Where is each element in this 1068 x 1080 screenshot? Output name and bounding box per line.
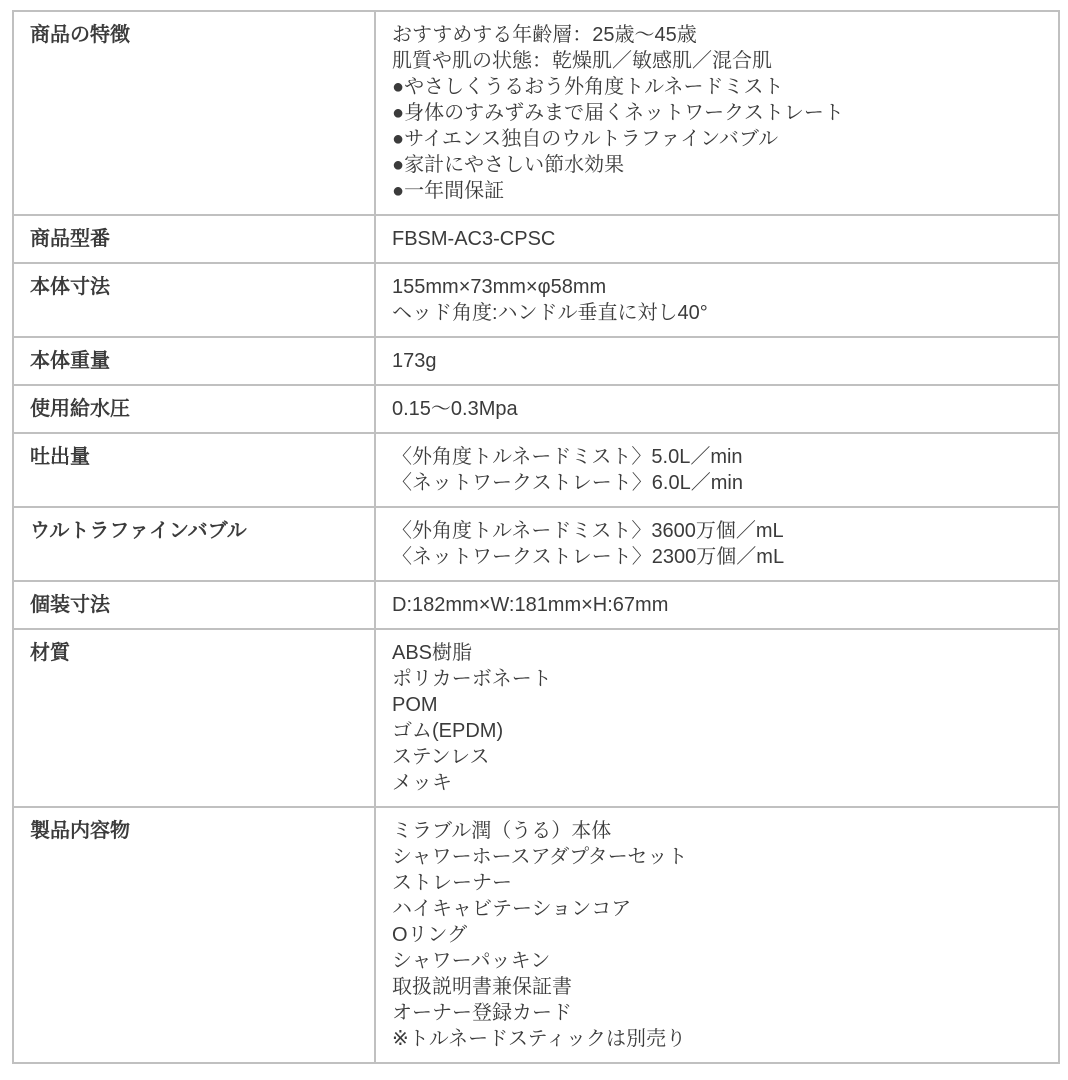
spec-value-line: シャワーホースアダプターセット [392,844,1044,870]
spec-value-line: シャワーパッキン [392,948,1044,974]
spec-value-line: ※トルネードスティックは別売り [392,1026,1044,1052]
table-row: 使用給水圧 0.15～0.3Mpa [13,385,1059,433]
table-row: 個装寸法 D:182mm×W:181mm×H:67mm [13,581,1059,629]
spec-value-line: 肌質や肌の状態：乾燥肌／敏感肌／混合肌 [392,48,1044,74]
spec-value-product-features: おすすめする年齢層：25歳～45歳肌質や肌の状態：乾燥肌／敏感肌／混合肌●やさし… [375,11,1059,215]
spec-label-package-contents: 製品内容物 [13,807,375,1063]
product-spec-section: 商品の特徴 おすすめする年齢層：25歳～45歳肌質や肌の状態：乾燥肌／敏感肌／混… [12,10,1060,1064]
spec-value-line: ステンレス [392,744,1044,770]
spec-label-ultrafine-bubble: ウルトラファインバブル [13,507,375,581]
spec-value-line: FBSM-AC3-CPSC [392,226,1044,252]
spec-value-line: ストレーナー [392,870,1044,896]
product-spec-table: 商品の特徴 おすすめする年齢層：25歳～45歳肌質や肌の状態：乾燥肌／敏感肌／混… [12,10,1060,1064]
spec-label-package-dimensions: 個装寸法 [13,581,375,629]
spec-value-line: 取扱説明書兼保証書 [392,974,1044,1000]
spec-value-line: ハイキャビテーションコア [392,896,1044,922]
spec-label-body-weight: 本体重量 [13,337,375,385]
spec-label-model-number: 商品型番 [13,215,375,263]
spec-value-package-contents: ミラブル潤（うる）本体シャワーホースアダプターセットストレーナーハイキャビテーシ… [375,807,1059,1063]
spec-value-line: オーナー登録カード [392,1000,1044,1026]
spec-label-discharge-volume: 吐出量 [13,433,375,507]
spec-value-materials: ABS樹脂ポリカーボネートPOMゴム(EPDM)ステンレスメッキ [375,629,1059,807]
spec-value-discharge-volume: 〈外角度トルネードミスト〉5.0L／min〈ネットワークストレート〉6.0L／m… [375,433,1059,507]
spec-value-line: D:182mm×W:181mm×H:67mm [392,592,1044,618]
spec-value-body-dimensions: 155mm×73mm×φ58mmヘッド角度:ハンドル垂直に対し40° [375,263,1059,337]
spec-value-line: ミラブル潤（うる）本体 [392,818,1044,844]
spec-value-line: 〈外角度トルネードミスト〉5.0L／min [392,444,1044,470]
spec-value-line: 155mm×73mm×φ58mm [392,274,1044,300]
spec-value-line: ポリカーボネート [392,666,1044,692]
spec-value-ultrafine-bubble: 〈外角度トルネードミスト〉3600万個／mL〈ネットワークストレート〉2300万… [375,507,1059,581]
table-row: ウルトラファインバブル 〈外角度トルネードミスト〉3600万個／mL〈ネットワー… [13,507,1059,581]
spec-value-line: 173g [392,348,1044,374]
table-row: 製品内容物 ミラブル潤（うる）本体シャワーホースアダプターセットストレーナーハイ… [13,807,1059,1063]
spec-value-line: ●家計にやさしい節水効果 [392,152,1044,178]
spec-value-line: ●サイエンス独自のウルトラファインバブル [392,126,1044,152]
spec-value-line: ヘッド角度:ハンドル垂直に対し40° [392,300,1044,326]
spec-value-line: ゴム(EPDM) [392,718,1044,744]
spec-value-line: 〈ネットワークストレート〉2300万個／mL [392,544,1044,570]
spec-label-materials: 材質 [13,629,375,807]
table-row: 材質 ABS樹脂ポリカーボネートPOMゴム(EPDM)ステンレスメッキ [13,629,1059,807]
spec-value-line: ●一年間保証 [392,178,1044,204]
spec-value-model-number: FBSM-AC3-CPSC [375,215,1059,263]
spec-value-line: メッキ [392,770,1044,796]
spec-value-line: POM [392,692,1044,718]
spec-label-water-pressure: 使用給水圧 [13,385,375,433]
spec-value-line: 0.15～0.3Mpa [392,396,1044,422]
spec-value-line: ABS樹脂 [392,640,1044,666]
table-row: 本体寸法 155mm×73mm×φ58mmヘッド角度:ハンドル垂直に対し40° [13,263,1059,337]
spec-label-body-dimensions: 本体寸法 [13,263,375,337]
spec-value-package-dimensions: D:182mm×W:181mm×H:67mm [375,581,1059,629]
spec-value-body-weight: 173g [375,337,1059,385]
product-spec-table-body: 商品の特徴 おすすめする年齢層：25歳～45歳肌質や肌の状態：乾燥肌／敏感肌／混… [13,11,1059,1063]
spec-value-line: 〈外角度トルネードミスト〉3600万個／mL [392,518,1044,544]
spec-value-line: ●やさしくうるおう外角度トルネードミスト [392,74,1044,100]
table-row: 吐出量 〈外角度トルネードミスト〉5.0L／min〈ネットワークストレート〉6.… [13,433,1059,507]
spec-value-line: Oリング [392,922,1044,948]
table-row: 商品の特徴 おすすめする年齢層：25歳～45歳肌質や肌の状態：乾燥肌／敏感肌／混… [13,11,1059,215]
spec-value-line: おすすめする年齢層：25歳～45歳 [392,22,1044,48]
table-row: 本体重量 173g [13,337,1059,385]
spec-value-line: ●身体のすみずみまで届くネットワークストレート [392,100,1044,126]
table-row: 商品型番 FBSM-AC3-CPSC [13,215,1059,263]
spec-value-water-pressure: 0.15～0.3Mpa [375,385,1059,433]
spec-value-line: 〈ネットワークストレート〉6.0L／min [392,470,1044,496]
spec-label-product-features: 商品の特徴 [13,11,375,215]
